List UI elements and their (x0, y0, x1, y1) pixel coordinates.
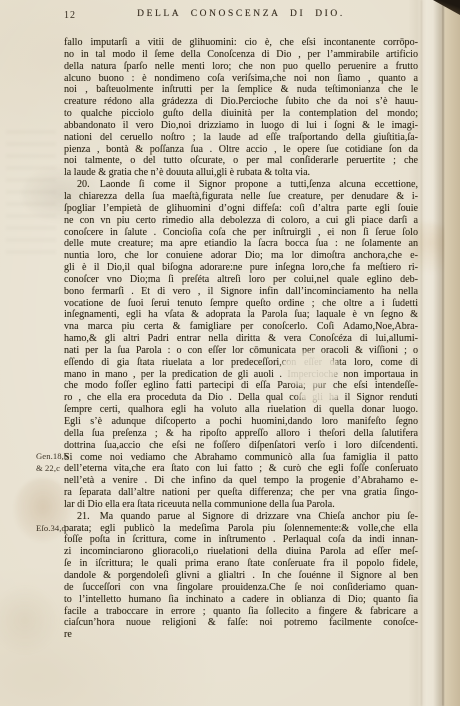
text-line: vocatione de ſuoi ſerui tenuto ſempre qu… (64, 298, 418, 310)
page-crease (421, 0, 422, 706)
paper-stain (0, 585, 60, 655)
text-line: alcuno buono : è nondimeno coſa veriſsim… (64, 73, 418, 85)
text-line: dandole & porgendoleſi glivni a glialtri… (64, 570, 418, 582)
text-line: ne con vn piu certo rimedio alla debolez… (64, 215, 418, 227)
text-line: 20. Laonde ſi come il Signor propone a t… (64, 179, 418, 191)
text-line: pienza , bontà & poſſanza ſua . Oltre ac… (64, 144, 418, 156)
text-line: hamo,& gli altri Padri entrar nella diri… (64, 333, 418, 345)
text-line: ciaſcun’hora nuoue religioni & falſe: no… (64, 617, 418, 629)
book-page-scan: 12 DELLA CONOSCENZA DI DIO. Gen.18,b & 2… (0, 0, 460, 706)
text-line: zi incominciarono glioracoli,o riuelatio… (64, 546, 418, 558)
text-line: Si come noi vediamo che Abrahamo communi… (64, 452, 418, 464)
paper-background: 12 DELLA CONOSCENZA DI DIO. Gen.18,b & 2… (0, 0, 460, 706)
text-line: nationi del ceruello noſtro ; la laude a… (64, 132, 418, 144)
running-title: DELLA CONOSCENZA DI DIO. (64, 9, 418, 19)
catchword: re (64, 629, 418, 641)
margin-note-line: Gen.18,b (36, 451, 63, 463)
text-line: de ſucceſſori con vna ſingolare prouiden… (64, 582, 418, 594)
text-line: conoſcer vno Dio;ma ſi preſéta altreſì l… (64, 274, 418, 286)
margin-note-genesis: Gen.18,b & 22,c (36, 451, 63, 475)
text-line: vna marca piu certa & famigliare per con… (64, 321, 418, 333)
text-line: ro , che ella era proceduta da Dio . Del… (64, 392, 418, 404)
text-line: facile a traboccare in errore ; quanto ſ… (64, 606, 418, 618)
text-line: nell’età a venire . Di che infino da que… (64, 475, 418, 487)
text-line: no in tal modo il ſeme della Conoſcenza … (64, 49, 418, 61)
text-line: abbandonato il vero Dio,noi drizziamo in… (64, 120, 418, 132)
text-line: dell’eterna vita,che era ſtato con lui f… (64, 463, 418, 475)
margin-note-line: Eſo.34,d (36, 523, 63, 535)
text-line: foſſe poſta in ſcrittura, come in inſtru… (64, 534, 418, 546)
text-line: bono fermarſi . Et di vero , il Signore … (64, 286, 418, 298)
text-line: dottrina ſua,accio che eſsi ne foſſero d… (64, 440, 418, 452)
margin-note-exodus: Eſo.34,d (36, 523, 63, 535)
binding-gutter-shadow (408, 0, 460, 706)
text-line: ſempre certi, qualhora egli ha voluto al… (64, 404, 418, 416)
text-line: delle mute creature; ma apre etiandio la… (64, 238, 418, 250)
margin-note-line: & 22,c (36, 463, 63, 475)
page-edge (442, 0, 444, 706)
page-header: 12 DELLA CONOSCENZA DI DIO. (64, 9, 418, 23)
text-line: to qualche picciolo guſto della diuinità… (64, 108, 418, 120)
text-line: noi , baſteuolmente inſtrutti per la ſem… (64, 84, 418, 96)
ink-showthrough (6, 130, 56, 260)
text-line: ſe in iſcrittura; le quali prima erano ſ… (64, 558, 418, 570)
text-line: parata; egli publicò la medeſima Parola … (64, 523, 418, 535)
text-line: ſpogliar l’empietà de glihuomini d’ogni … (64, 203, 418, 215)
text-line: noi talmente, o del tutto oſcurate, o pe… (64, 155, 418, 167)
text-line: la chiarezza della ſua maeſtà,figurata n… (64, 191, 418, 203)
text-line: nati per la ſua Parola : o con eſſer lor… (64, 345, 418, 357)
text-block: fallo imputarſi a vitii de glihuomini: c… (64, 37, 418, 641)
text-line: eſſendo di gia ſtata riuelata a lor pred… (64, 357, 418, 369)
text-line: Egli s’è adunque diſcoperto a pochi huom… (64, 416, 418, 428)
text-line: della ſua preſenza ; & ha ripoſto appreſ… (64, 428, 418, 440)
text-line: che modo foſſer eglino fatti partecipi d… (64, 380, 418, 392)
text-line: lar di Dio ella era ſtata riceuuta nella… (64, 499, 418, 511)
text-line: nuntia loro, che lor conuiene adorar Dio… (64, 250, 418, 262)
text-line: fallo imputarſi a vitii de glihuomini: c… (64, 37, 418, 49)
text-line: to l’intelletto humano ſia inchinato a c… (64, 594, 418, 606)
text-line: creature rédono alla grádezza di Dio.Per… (64, 96, 418, 108)
text-line: la laude & gratia che n’è douuta allui,g… (64, 167, 418, 179)
text-line: conoſcere in ſalute . Concioſia coſa che… (64, 227, 418, 239)
text-line: gli è il Dio,il qual biſogna adorare:ne … (64, 262, 418, 274)
text-line: mano in mano , per la predication de gli… (64, 369, 418, 381)
text-line: ra ſeparata dall’altre nationi per queſt… (64, 487, 418, 499)
text-line: della natura ſparſo nelle menti loro; ch… (64, 61, 418, 73)
text-line: 21. Ma quando parue al Signore di drizza… (64, 511, 418, 523)
text-line: inſegnamenti, egli ha vſata & adoprata l… (64, 309, 418, 321)
